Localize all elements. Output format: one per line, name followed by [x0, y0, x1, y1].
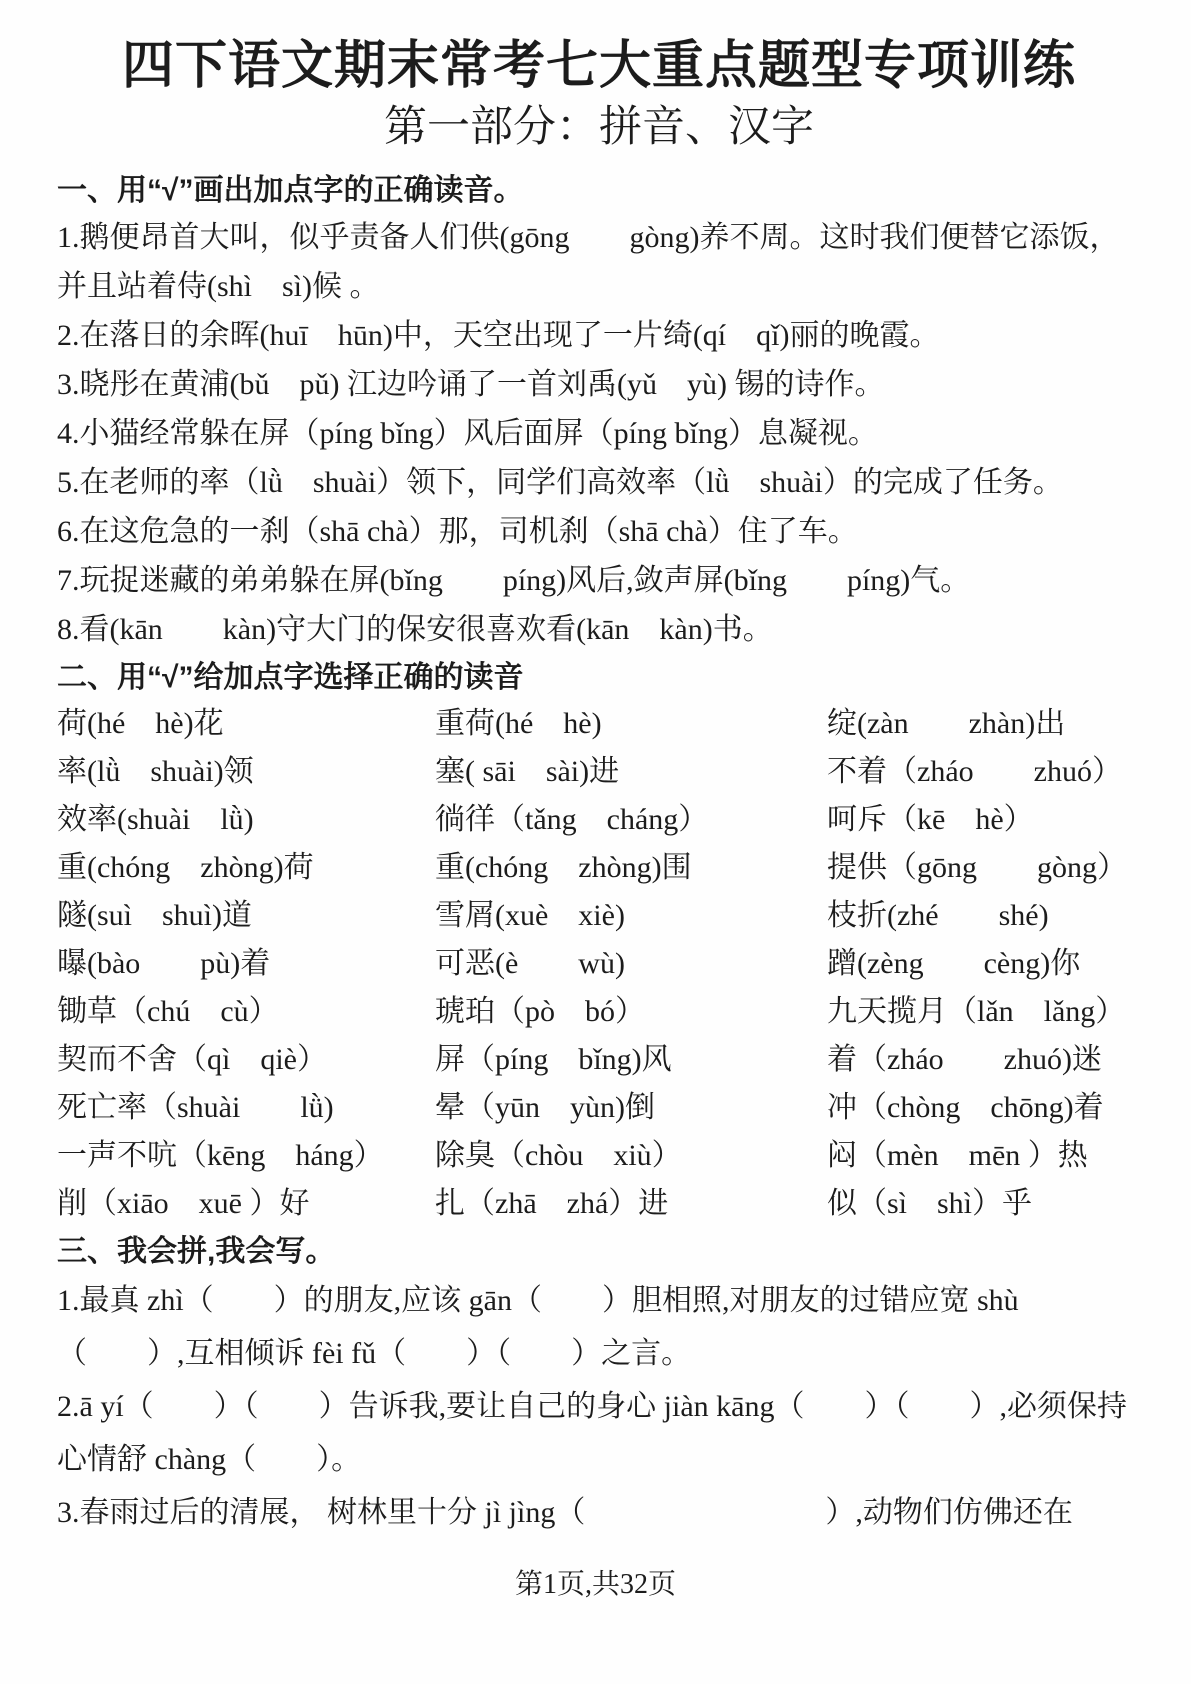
word-entry: 晕（yūn yùn)倒: [435, 1084, 827, 1132]
word-entry: 徜徉（tǎng cháng）: [435, 796, 827, 844]
word-entry: 绽(zàn zhàn)出: [827, 700, 1141, 748]
page-title: 四下语文期末常考七大重点题型专项训练: [57, 36, 1141, 97]
word-entry: 除臭（chòu xiù）: [435, 1132, 827, 1180]
question-item-6: 6.在这危急的一刹（shā chà）那，司机刹（shā chà）住了车。: [57, 507, 1141, 556]
word-entry: 闷（mèn mēn ）热: [827, 1132, 1141, 1180]
word-entry: 琥珀（pò bó）: [435, 988, 827, 1036]
word-entry: 可恶(è wù): [435, 940, 827, 988]
word-entry: 不着（zháo zhuó）: [827, 748, 1141, 796]
word-entry: 锄草（chú cù）: [57, 988, 435, 1036]
section1-heading: 一、用“√”画出加点字的正确读音。: [57, 171, 1141, 211]
word-entry: 重(chóng zhòng)荷: [57, 844, 435, 892]
question-item-2: 2.在落日的余晖(huī hūn)中，天空出现了一片绮(qí qǐ)丽的晚霞。: [57, 311, 1141, 360]
word-entry: 率(lǜ shuài)领: [57, 748, 435, 796]
word-entry: 效率(shuài lǜ): [57, 796, 435, 844]
word-entry: 冲（chòng chōng)着: [827, 1084, 1141, 1132]
word-entry: 似（sì shì）乎: [827, 1180, 1141, 1228]
question-item-8: 8.看(kān kàn)守大门的保安很喜欢看(kān kàn)书。: [57, 605, 1141, 654]
question-item-5: 5.在老师的率（lǜ shuài）领下，同学们高效率（lǜ shuài）的完成了…: [57, 458, 1141, 507]
question-item-3: 3.晓彤在黄浦(bǔ pǔ) 江边吟诵了一首刘禹(yǔ yù) 锡的诗作。: [57, 360, 1141, 409]
word-entry: 重(chóng zhòng)围: [435, 844, 827, 892]
word-entry: 九天揽月（lǎn lǎng）: [827, 988, 1141, 1036]
page-subtitle: 第一部分：拼音、汉字: [57, 101, 1141, 155]
section2-heading: 二、用“√”给加点字选择正确的读音: [57, 658, 1141, 698]
question-item-7: 7.玩捉迷藏的弟弟躲在屏(bǐng píng)风后,敛声屏(bǐng píng)…: [57, 556, 1141, 605]
word-entry: 雪屑(xuè xiè): [435, 892, 827, 940]
word-entry: 提供（gōng gòng）: [827, 844, 1141, 892]
word-entry: 曝(bào pù)着: [57, 940, 435, 988]
word-entry: 重荷(hé hè): [435, 700, 827, 748]
word-entry: 隧(suì shuì)道: [57, 892, 435, 940]
word-entry: 枝折(zhé shé): [827, 892, 1141, 940]
word-entry: 契而不舍（qì qiè）: [57, 1036, 435, 1084]
word-entry: 呵斥（kē hè）: [827, 796, 1141, 844]
word-entry: 死亡率（shuài lǜ): [57, 1084, 435, 1132]
fill-in-item-2: 2.ā yí（ ）（ ）告诉我,要让自己的身心 jiàn kāng（ ）（ ）,…: [57, 1380, 1141, 1486]
word-choice-grid: 荷(hé hè)花 重荷(hé hè) 绽(zàn zhàn)出 率(lǜ sh…: [57, 700, 1141, 1228]
fill-in-item-1: 1.最真 zhì（ ）的朋友,应该 gān（ ）胆相照,对朋友的过错应宽 shù…: [57, 1274, 1141, 1380]
word-entry: 荷(hé hè)花: [57, 700, 435, 748]
worksheet-page: 四下语文期末常考七大重点题型专项训练 第一部分：拼音、汉字 一、用“√”画出加点…: [0, 0, 1191, 1684]
word-entry: 一声不吭（kēng háng）: [57, 1132, 435, 1180]
word-entry: 着（zháo zhuó)迷: [827, 1036, 1141, 1084]
question-item-4: 4.小猫经常躲在屏（píng bǐng）风后面屏（píng bǐng）息凝视。: [57, 409, 1141, 458]
word-entry: 扎（zhā zhá）进: [435, 1180, 827, 1228]
fill-in-item-3: 3.春雨过后的清展， 树林里十分 jì jìng（ ）,动物们仿佛还在: [57, 1486, 1141, 1539]
page-number: 第1页,共32页: [0, 1562, 1191, 1602]
word-entry: 屏（píng bǐng)风: [435, 1036, 827, 1084]
word-entry: 塞( sāi sài)进: [435, 748, 827, 796]
question-item-1: 1.鹅便昂首大叫，似乎责备人们供(gōng gòng)养不周。这时我们便替它添饭…: [57, 213, 1141, 311]
section3-heading: 三、我会拼,我会写。: [57, 1232, 1141, 1272]
word-entry: 削（xiāo xuē ）好: [57, 1180, 435, 1228]
word-entry: 蹭(zèng cèng)你: [827, 940, 1141, 988]
